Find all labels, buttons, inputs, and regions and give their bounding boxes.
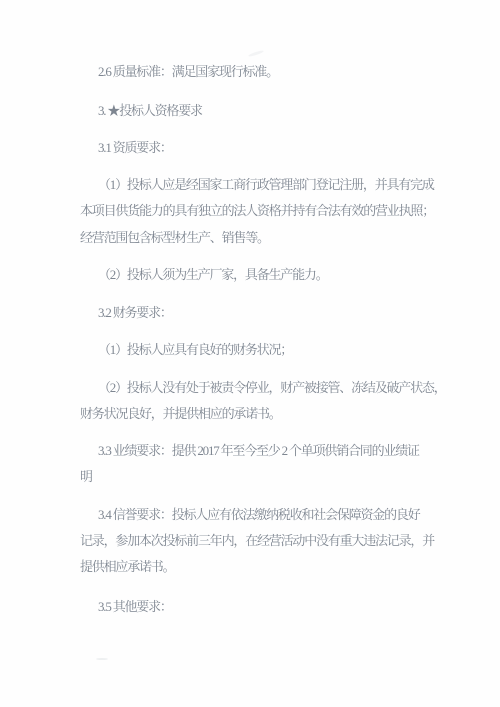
doc-line-3-2-heading: 3.2 财务要求：	[80, 305, 440, 321]
doc-line-3-1-heading: 3.1 资质要求：	[80, 140, 440, 156]
doc-line-3-4-reputation-a: 3.4 信誉要求：投标人应有依法缴纳税收和社会保障资金的良好	[80, 507, 440, 523]
document-page: 2.6 质量标准：满足国家现行标准。 3. ★投标人资格要求 3.1 资质要求：…	[0, 0, 500, 707]
doc-line-3-1-item2: （2）投标人须为生产厂家，具备生产能力。	[80, 267, 440, 283]
doc-line-3-4-reputation-b: 记录，参加本次投标前三年内，在经营活动中没有重大违法记录，并	[80, 533, 440, 549]
scan-artifact-smudge	[96, 658, 108, 660]
doc-line-3-3-performance-a: 3.3 业绩要求：提供 2017 年至今至少 2 个单项供销合同的业绩证	[80, 443, 440, 459]
doc-line-3-5-heading: 3.5 其他要求：	[80, 599, 440, 615]
doc-line-quality-standard: 2.6 质量标准：满足国家现行标准。	[80, 64, 440, 80]
doc-line-3-2-item1: （1）投标人应具有良好的财务状况；	[80, 342, 440, 358]
doc-line-3-1-item1-b: 本项目供货能力的具有独立的法人资格并持有合法有效的营业执照；	[80, 203, 440, 219]
doc-line-3-2-item2-b: 财务状况良好，并提供相应的承诺书。	[80, 406, 440, 422]
doc-line-3-3-performance-b: 明	[80, 469, 440, 485]
doc-line-3-2-item2-a: （2）投标人没有处于被责令停业，财产被接管、冻结及破产状态，	[80, 380, 440, 396]
doc-line-3-4-reputation-c: 提供相应承诺书。	[80, 559, 440, 575]
doc-line-3-1-item1-a: （1）投标人应是经国家工商行政管理部门登记注册，并具有完成	[80, 177, 440, 193]
scan-artifact-smudge	[248, 50, 264, 58]
doc-line-3-1-item1-c: 经营范围包含标型材生产、销售等。	[80, 230, 440, 246]
doc-line-section3-heading: 3. ★投标人资格要求	[80, 103, 440, 119]
